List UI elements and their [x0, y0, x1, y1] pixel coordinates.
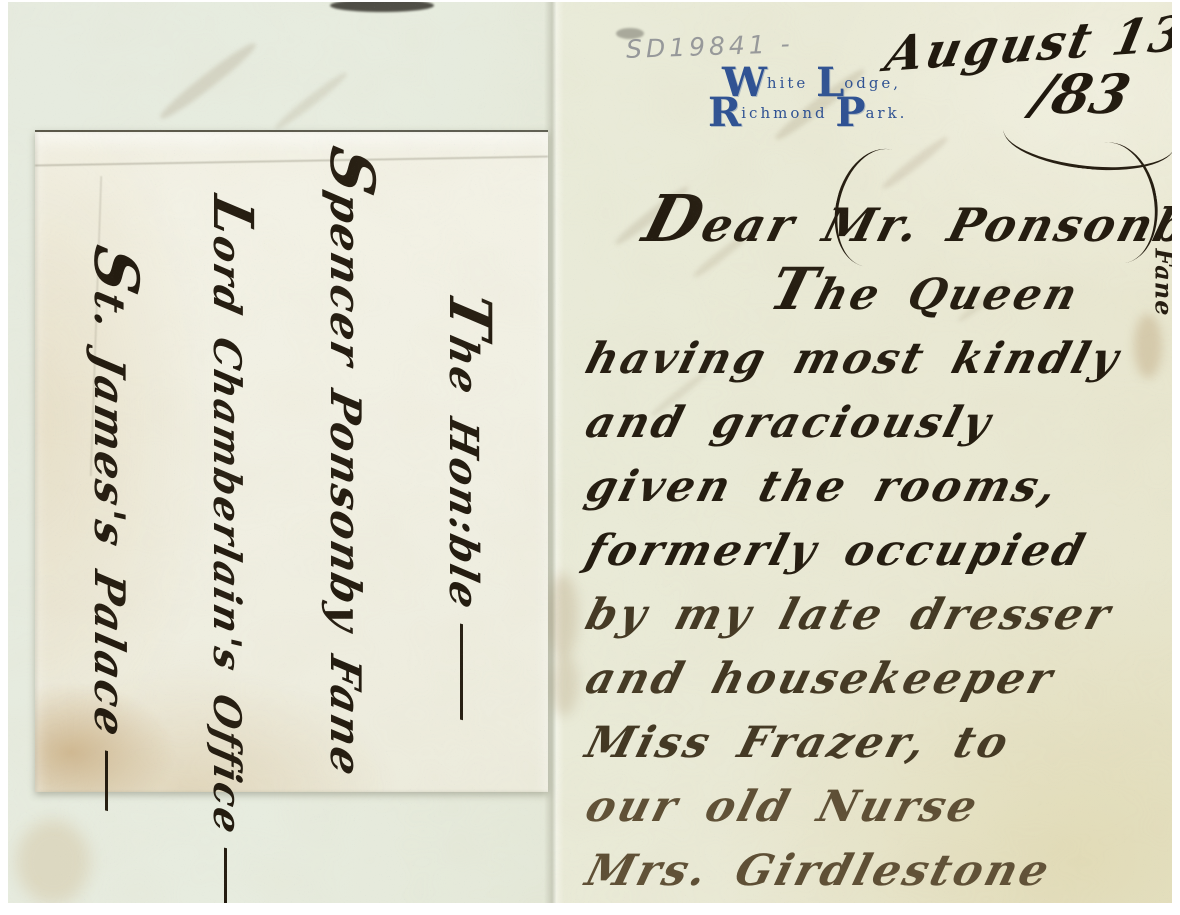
- address-line: Lord Chamberlain's Office: [171, 128, 289, 795]
- body-line: The Queen: [564, 257, 1172, 327]
- body-line: and graciously: [564, 391, 1172, 455]
- address-line: The Hon:ble: [407, 128, 526, 795]
- foxing-stain: [16, 820, 90, 903]
- letterhead: White Lodge, Richmond Park.: [722, 68, 907, 132]
- address-line-text: Lord Chamberlain's Office: [205, 191, 250, 840]
- envelope-address: The Hon:ble Spencer Ponsonby Fane Lord C…: [56, 142, 526, 782]
- flourish-stroke: [460, 623, 463, 720]
- body-line: given the rooms,: [564, 455, 1172, 519]
- address-line-text: Spencer Ponsonby Fane: [321, 142, 370, 783]
- flourish-stroke: [224, 848, 227, 903]
- address-line: St. James's Palace: [53, 128, 171, 795]
- pencil-catalog-number: SD19841 -: [626, 29, 795, 64]
- letter-body: Dear Mr. Ponsonby The Queen having most …: [573, 188, 1172, 903]
- body-line: our old Nurse: [564, 775, 1172, 839]
- letterhead-initial: P: [835, 89, 865, 136]
- margin-insertion: Fane: [1150, 249, 1173, 317]
- address-line-text: St. James's Palace: [85, 241, 134, 743]
- letterhead-text: hite: [767, 74, 816, 92]
- address-line-text: The Hon:ble: [440, 286, 487, 615]
- letterhead-text: ark.: [865, 104, 907, 122]
- letterhead-text: ichmond: [741, 104, 835, 122]
- letterhead-initial: R: [708, 89, 741, 136]
- scanned-letter-bifolium: The Hon:ble Spencer Ponsonby Fane Lord C…: [8, 2, 1172, 903]
- salutation: Dear Mr. Ponsonby: [564, 188, 1172, 257]
- envelope: The Hon:ble Spencer Ponsonby Fane Lord C…: [35, 130, 548, 792]
- body-line: having most kindly: [564, 327, 1172, 391]
- letterhead-line-1: White Lodge,: [722, 68, 907, 102]
- flourish-stroke: [105, 750, 108, 811]
- address-line: Spencer Ponsonby Fane: [289, 128, 407, 795]
- body-line: Mrs. Girdlestone: [564, 839, 1172, 903]
- body-line: by my late dresser: [564, 583, 1172, 647]
- body-line: and housekeeper: [564, 647, 1172, 711]
- body-line: formerly occupied: [564, 519, 1172, 583]
- letterhead-line-2: Richmond Park.: [708, 98, 907, 132]
- body-line: Miss Frazer, to: [564, 711, 1172, 775]
